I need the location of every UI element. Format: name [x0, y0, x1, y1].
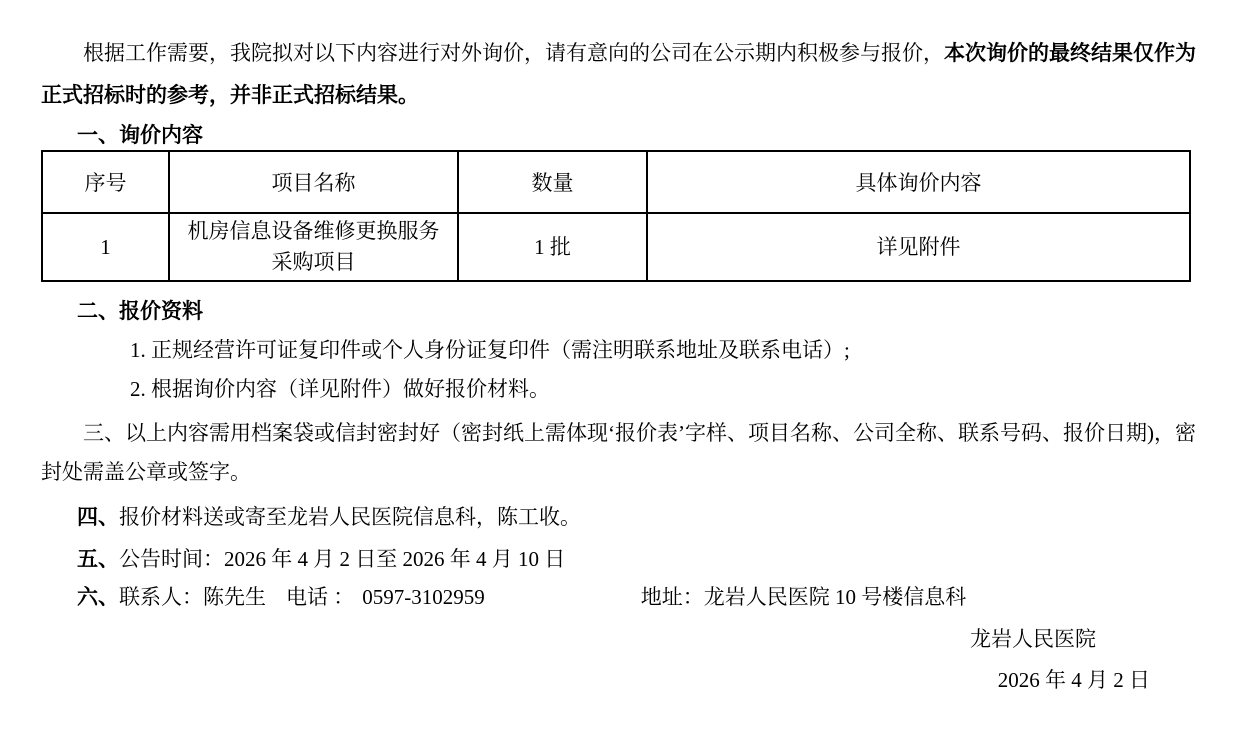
section1-heading: 一、询价内容	[41, 122, 1196, 148]
signature-organization: 龙岩人民医院	[41, 626, 1196, 652]
address-text: 地址：龙岩人民医院 10 号楼信息科	[641, 585, 967, 609]
inquiry-table: 序号 项目名称 数量 具体询价内容 1 机房信息设备维修更换服务采购项目 1 批…	[41, 150, 1191, 282]
table-header-quantity: 数量	[458, 151, 647, 213]
section4-paragraph: 四、报价材料送或寄至龙岩人民医院信息科，陈工收。	[41, 504, 1196, 530]
section2-item-1: 1. 正规经营许可证复印件或个人身份证复印件（需注明联系地址及联系电话）;	[41, 338, 1196, 363]
section4-label: 四、	[77, 505, 119, 529]
section3-paragraph: 三、以上内容需用档案袋或信封密封好（密封纸上需体现‘报价表’字样、项目名称、公司…	[41, 414, 1196, 492]
document-page: 根据工作需要，我院拟对以下内容进行对外询价，请有意向的公司在公示期内积极参与报价…	[0, 0, 1237, 734]
table-header-detail: 具体询价内容	[647, 151, 1190, 213]
section4-text: 报价材料送或寄至龙岩人民医院信息科，陈工收。	[119, 505, 581, 529]
section6-paragraph: 六、联系人：陈先生电话 ：0597-3102959地址：龙岩人民医院 10 号楼…	[41, 584, 1196, 610]
section5-text: 公告时间：2026 年 4 月 2 日至 2026 年 4 月 10 日	[119, 547, 565, 571]
table-header-row: 序号 项目名称 数量 具体询价内容	[42, 151, 1190, 213]
section5-label: 五、	[77, 547, 119, 571]
table-row: 1 机房信息设备维修更换服务采购项目 1 批 详见附件	[42, 213, 1190, 281]
cell-project-name: 机房信息设备维修更换服务采购项目	[169, 213, 458, 281]
table-header-seq: 序号	[42, 151, 169, 213]
contact-person: 联系人：陈先生	[119, 585, 266, 609]
section5-paragraph: 五、公告时间：2026 年 4 月 2 日至 2026 年 4 月 10 日	[41, 546, 1196, 572]
signature-date: 2026 年 4 月 2 日	[41, 667, 1196, 693]
cell-detail: 详见附件	[647, 213, 1190, 281]
cell-quantity: 1 批	[458, 213, 647, 281]
signature-block: 龙岩人民医院 2026 年 4 月 2 日	[41, 626, 1196, 693]
phone-label: 电话 ：	[286, 585, 354, 609]
section6-label: 六、	[77, 585, 119, 609]
cell-seq: 1	[42, 213, 169, 281]
section2-item-2: 2. 根据询价内容（详见附件）做好报价材料。	[41, 377, 1196, 402]
table-header-project-name: 项目名称	[169, 151, 458, 213]
section2-heading: 二、报价资料	[41, 298, 1196, 324]
intro-text: 根据工作需要，我院拟对以下内容进行对外询价，请有意向的公司在公示期内积极参与报价…	[83, 41, 944, 65]
phone-number: 0597-3102959	[362, 585, 485, 609]
intro-paragraph: 根据工作需要，我院拟对以下内容进行对外询价，请有意向的公司在公示期内积极参与报价…	[41, 32, 1196, 116]
